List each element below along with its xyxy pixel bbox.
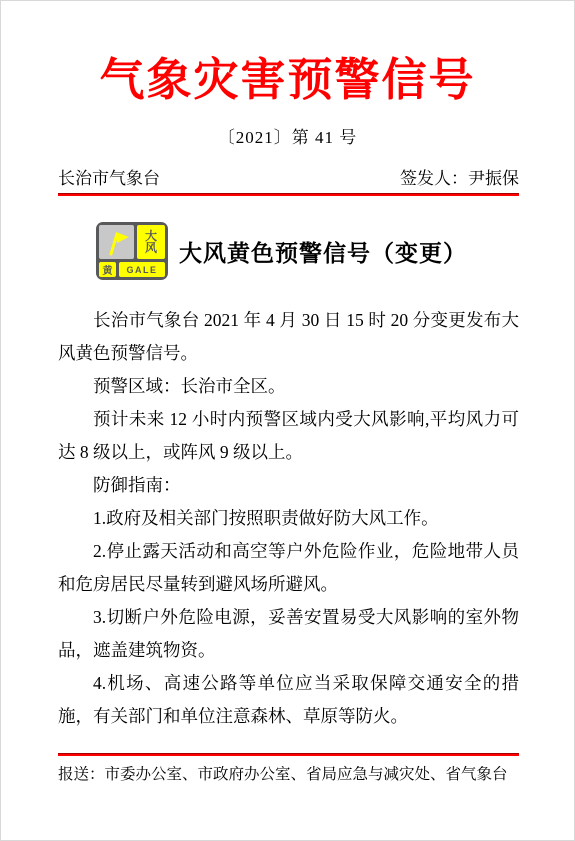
header-red-rule xyxy=(58,193,519,196)
warning-title: 大风黄色预警信号（变更） xyxy=(179,235,467,268)
icon-english-label: GALE xyxy=(119,262,165,277)
icon-top-row: 大 风 xyxy=(99,225,165,259)
warning-document-page: 气象灾害预警信号 〔2021〕第 41 号 长治市气象台 签发人：尹振保 大 风 xyxy=(0,0,575,841)
icon-color-level-char: 黄 xyxy=(99,262,116,277)
paragraph-forecast: 预计未来 12 小时内预警区域内受大风影响,平均风力可达 8 级以上，或阵风 9… xyxy=(58,403,519,469)
wind-flag-glyph xyxy=(102,228,132,256)
wind-flag-icon xyxy=(99,225,134,259)
guide-item-3: 3.切断户外危险电源，妥善安置易受大风影响的室外物品，遮盖建筑物资。 xyxy=(58,601,519,667)
icon-label-dafeng: 大 风 xyxy=(137,225,165,259)
issuing-agency: 长治市气象台 xyxy=(58,164,160,189)
icon-bottom-row: 黄 GALE xyxy=(99,262,165,277)
paragraph-guide-heading: 防御指南： xyxy=(58,469,519,502)
signer: 签发人：尹振保 xyxy=(400,164,519,189)
footer-red-rule xyxy=(58,753,519,756)
document-title: 气象灾害预警信号 xyxy=(1,53,574,107)
issuer-header-row: 长治市气象台 签发人：尹振保 xyxy=(58,164,519,189)
distribution-list: 报送：市委办公室、市政府办公室、省局应急与减灾处、省气象台 xyxy=(58,762,519,784)
document-number: 〔2021〕第 41 号 xyxy=(1,123,574,148)
icon-char-feng: 风 xyxy=(145,242,157,254)
guide-item-4: 4.机场、高速公路等单位应当采取保障交通安全的措施，有关部门和单位注意森林、草原… xyxy=(58,667,519,733)
gale-yellow-warning-icon: 大 风 黄 GALE xyxy=(96,222,168,280)
footer: 报送：市委办公室、市政府办公室、省局应急与减灾处、省气象台 xyxy=(58,753,519,784)
paragraph-issue-statement: 长治市气象台 2021 年 4 月 30 日 15 时 20 分变更发布大风黄色… xyxy=(58,304,519,370)
guide-item-1: 1.政府及相关部门按照职责做好防大风工作。 xyxy=(58,502,519,535)
guide-item-2: 2.停止露天活动和高空等户外危险作业，危险地带人员和危房居民尽量转到避风场所避风… xyxy=(58,535,519,601)
warning-heading-block: 大 风 黄 GALE 大风黄色预警信号（变更） xyxy=(96,222,519,280)
warning-body: 长治市气象台 2021 年 4 月 30 日 15 时 20 分变更发布大风黄色… xyxy=(58,304,519,733)
paragraph-warning-area: 预警区域：长治市全区。 xyxy=(58,370,519,403)
